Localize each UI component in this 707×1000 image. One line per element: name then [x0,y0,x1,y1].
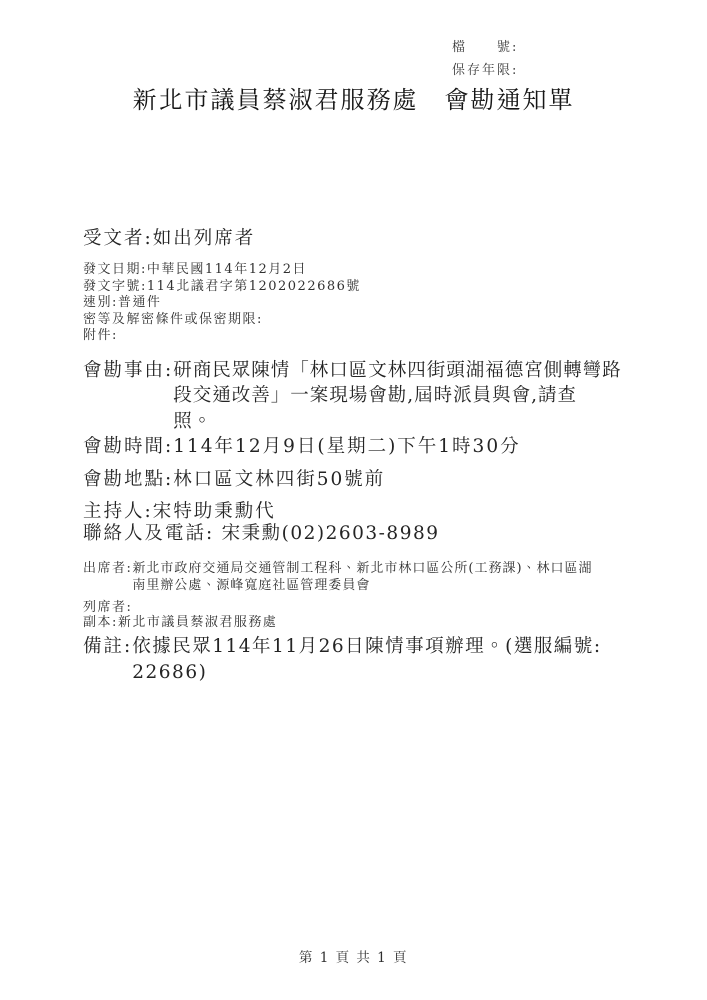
field-inspection-place: 會勘地點: 林口區文林四街50號前 [83,467,677,492]
contact-label: 聯絡人及電話: [83,523,214,544]
document-meta: 發文日期: 中華民國114年12月2日 發文字號: 114北議君字第120202… [83,262,677,345]
field-recipient: 受文者: 如出列席者 [83,226,677,251]
remarks-label: 備註: [83,634,132,660]
field-host: 主持人: 宋特助秉勳代 [83,501,677,522]
inspection-place-label: 會勘地點: [83,467,173,492]
copy-to-label: 副本: [83,615,118,630]
field-inspection-subject: 會勘事由: 研商民眾陳情「林口區文林四街頭湖福德宮側轉彎路 段交通改善」一案現場… [83,358,677,435]
recipient-label: 受文者: [83,226,153,251]
notice-document-page: 檔 號: 保存年限: 新北市議員蔡淑君服務處 會勘通知單 受文者: 如出列席者 … [0,0,707,1000]
doc-number-label: 發文字號: [83,279,147,296]
recipient-value: 如出列席者 [153,226,256,251]
attachment-label: 附件: [83,328,118,345]
observers-label: 列席者: [83,600,132,615]
field-inspection-time: 會勘時間: 114年12月9日(星期二)下午1時30分 [83,434,677,459]
field-security-class: 密等及解密條件或保密期限: [83,312,677,329]
attendees-value: 新北市政府交通局交通管制工程科、新北市林口區公所(工務課)、林口區湖 南里辦公處… [132,560,592,594]
field-doc-number: 發文字號: 114北議君字第1202022686號 [83,279,677,296]
field-remarks: 備註: 依據民眾114年11月26日陳情事項辦理。(選服編號: 22686) [83,634,677,686]
file-number-label: 檔 號: [452,36,518,59]
issue-date-label: 發文日期: [83,262,147,279]
archive-stamp: 檔 號: 保存年限: [452,36,518,82]
field-attachment: 附件: [83,328,677,345]
inspection-subject-label: 會勘事由: [83,358,173,384]
field-copy-to: 副本: 新北市議員蔡淑君服務處 [83,615,677,630]
field-contact: 聯絡人及電話: 宋秉勳(02)2603-8989 [83,523,677,544]
inspection-place-value: 林口區文林四街50號前 [173,467,385,492]
inspection-time-value: 114年12月9日(星期二)下午1時30分 [173,434,520,459]
host-label: 主持人: [83,501,153,522]
retention-period-label: 保存年限: [452,59,518,82]
security-class-label: 密等及解密條件或保密期限: [83,312,263,329]
document-title: 新北市議員蔡淑君服務處 會勘通知單 [0,80,707,115]
document-body: 受文者: 如出列席者 發文日期: 中華民國114年12月2日 發文字號: 114… [83,226,677,686]
inspection-time-label: 會勘時間: [83,434,173,459]
field-observers: 列席者: [83,600,677,615]
field-issue-date: 發文日期: 中華民國114年12月2日 [83,262,677,279]
field-priority: 速別: 普通件 [83,295,677,312]
page-number-footer: 第 1 頁 共 1 頁 [0,946,707,966]
attendees-label: 出席者: [83,560,132,577]
issue-date-value: 中華民國114年12月2日 [147,262,307,279]
contact-value: 宋秉勳(02)2603-8989 [214,523,439,544]
copy-to-value: 新北市議員蔡淑君服務處 [118,615,278,630]
remarks-value: 依據民眾114年11月26日陳情事項辦理。(選服編號: 22686) [132,634,601,686]
host-value: 宋特助秉勳代 [153,501,276,522]
field-attendees: 出席者: 新北市政府交通局交通管制工程科、新北市林口區公所(工務課)、林口區湖 … [83,560,677,594]
priority-label: 速別: [83,295,118,312]
inspection-subject-value: 研商民眾陳情「林口區文林四街頭湖福德宮側轉彎路 段交通改善」一案現場會勘,屆時派… [173,358,622,435]
priority-value: 普通件 [118,295,162,312]
doc-number-value: 114北議君字第1202022686號 [147,279,361,296]
